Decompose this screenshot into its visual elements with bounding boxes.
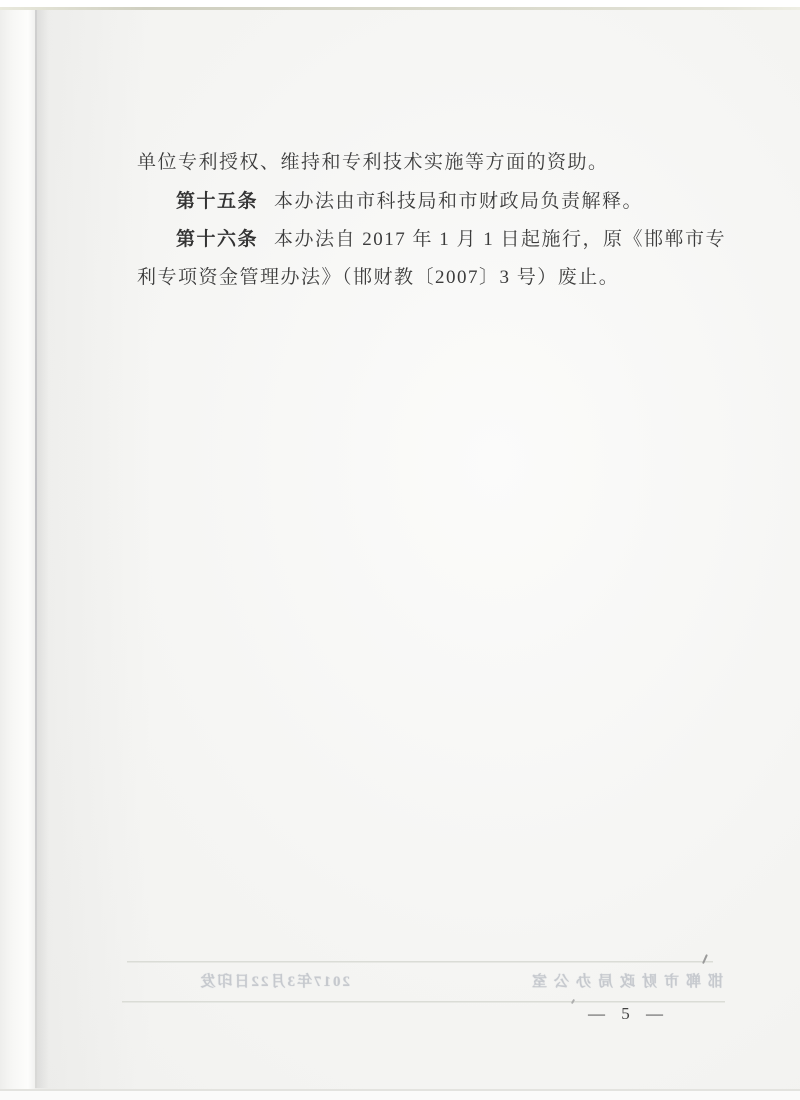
scanned-document-page: 单位专利授权、维持和专利技术实施等方面的资助。 第十五条本办法由市科技局和市财政… — [0, 0, 800, 1100]
paper-top-edge-line — [0, 7, 800, 10]
line-text: 本办法自 2017 年 1 月 1 日起施行，原《邯郸市专 — [274, 229, 726, 250]
back-footer-date: 2017年3月22日印发 — [198, 970, 350, 991]
document-line: 单位专利授权、维持和专利技术实施等方面的资助。 — [137, 151, 609, 175]
document-line: 第十五条本办法由市科技局和市财政局负责解释。 — [176, 190, 643, 214]
back-footer-bottom-rule — [122, 1001, 725, 1002]
article-term: 第十六条 — [176, 229, 258, 250]
document-line: 第十六条本办法自 2017 年 1 月 1 日起施行，原《邯郸市专 — [176, 228, 726, 252]
back-footer-issuer: 邯郸市财政局办公室 — [525, 970, 723, 991]
page-number: — 5 — — [588, 1004, 669, 1024]
scan-bottom-margin — [0, 1091, 800, 1100]
line-text: 本办法由市科技局和市财政局负责解释。 — [274, 191, 643, 212]
document-line: 利专项资金管理办法》（邯财教〔2007〕3 号）废止。 — [137, 266, 619, 290]
article-term: 第十五条 — [176, 191, 258, 212]
paper-left-fold-strip — [0, 10, 35, 1090]
bleed-through-back-footer: 邯郸市财政局办公室 2017年3月22日印发 — [75, 952, 725, 1010]
line-text: 单位专利授权、维持和专利技术实施等方面的资助。 — [137, 152, 609, 173]
line-text: 利专项资金管理办法》（邯财教〔2007〕3 号）废止。 — [137, 267, 619, 288]
paper-fold-shadow — [37, 10, 49, 1088]
scan-top-margin — [0, 0, 800, 7]
back-footer-top-rule — [127, 961, 713, 962]
